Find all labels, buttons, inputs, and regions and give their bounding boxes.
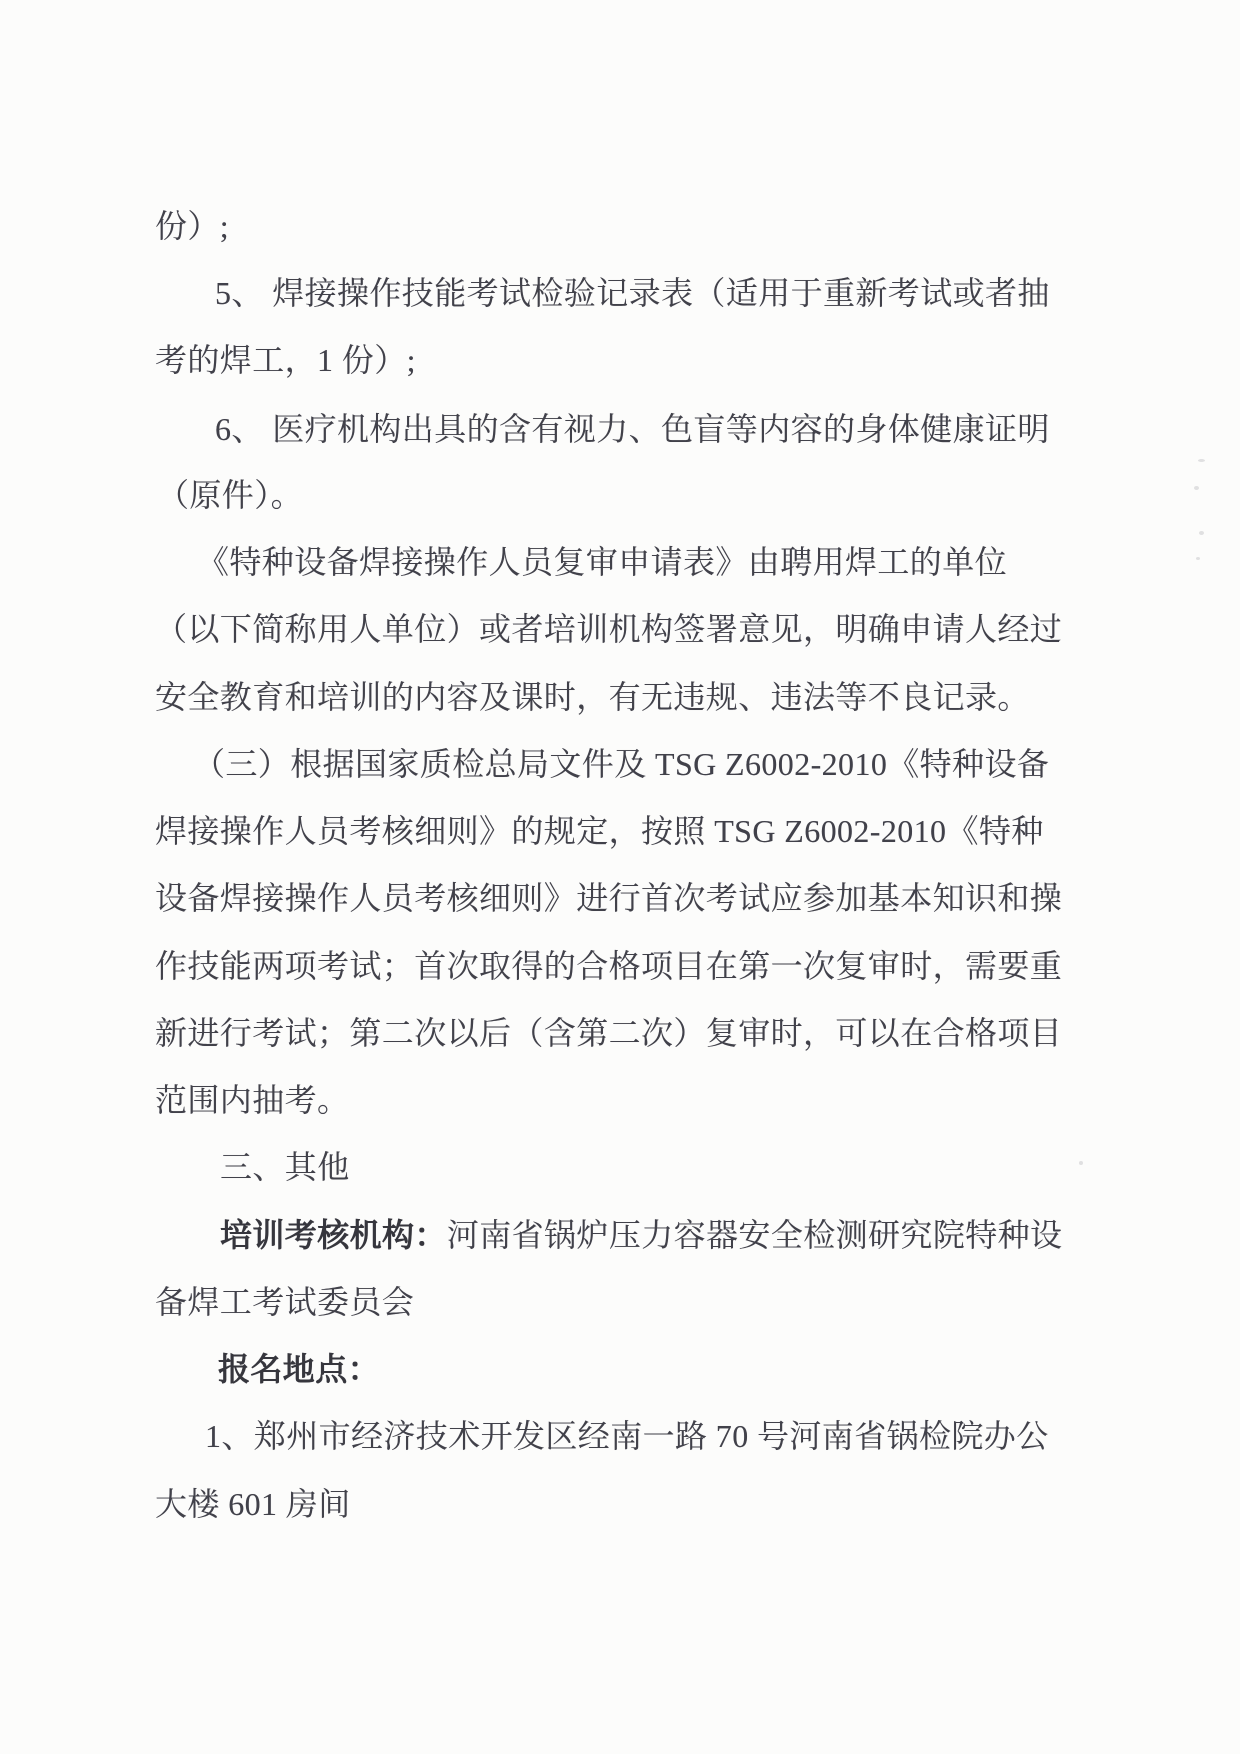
text-line: 备焊工考试委员会 bbox=[155, 1283, 414, 1321]
text-line: 大楼 601 房间 bbox=[155, 1485, 351, 1523]
scan-speck bbox=[1199, 531, 1204, 535]
registration-location-label: 报名地点： bbox=[218, 1351, 380, 1387]
text-line: 设备焊接操作人员考核细则》进行首次考试应参加基本知识和操 bbox=[155, 879, 1062, 917]
document-page: 份）; 5、 焊接操作技能考试检验记录表（适用于重新考试或者抽 考的焊工，1 份… bbox=[0, 0, 1240, 1754]
text-line: （原件）。 bbox=[157, 476, 303, 514]
text-line: （以下简称用人单位）或者培训机构签署意见，明确申请人经过 bbox=[155, 610, 1062, 648]
section-heading: 三、其他 bbox=[220, 1148, 350, 1186]
scan-speck bbox=[1196, 557, 1200, 560]
text-line: 培训考核机构：河南省锅炉压力容器安全检测研究院特种设 bbox=[220, 1216, 1062, 1254]
text-line: 报名地点： bbox=[218, 1350, 380, 1388]
scan-speck bbox=[1198, 459, 1205, 462]
scan-speck bbox=[1194, 486, 1199, 490]
text-line: 范围内抽考。 bbox=[155, 1081, 349, 1119]
text-line: 作技能两项考试；首次取得的合格项目在第一次复审时，需要重 bbox=[155, 947, 1062, 985]
text-line: 1、郑州市经济技术开发区经南一路 70 号河南省锅检院办公 bbox=[205, 1417, 1049, 1455]
text-line: 焊接操作人员考核细则》的规定，按照 TSG Z6002-2010《特种 bbox=[155, 812, 1044, 850]
text-line: （三）根据国家质检总局文件及 TSG Z6002-2010《特种设备 bbox=[193, 745, 1049, 783]
text-line: 6、 医疗机构出具的含有视力、色盲等内容的身体健康证明 bbox=[215, 410, 1050, 448]
text-line: 份）; bbox=[155, 207, 229, 245]
text-line: 安全教育和培训的内容及课时，有无违规、违法等不良记录。 bbox=[155, 678, 1030, 716]
text-line: 考的焊工，1 份）; bbox=[155, 341, 416, 379]
text-line: 5、 焊接操作技能考试检验记录表（适用于重新考试或者抽 bbox=[215, 274, 1050, 312]
text-line: 新进行考试；第二次以后（含第二次）复审时，可以在合格项目 bbox=[155, 1014, 1062, 1052]
scan-speck bbox=[1079, 1161, 1083, 1165]
training-org-label: 培训考核机构： bbox=[220, 1217, 447, 1253]
training-org-value: 河南省锅炉压力容器安全检测研究院特种设 bbox=[447, 1217, 1063, 1253]
text-line: 《特种设备焊接操作人员复审申请表》由聘用焊工的单位 bbox=[197, 543, 1007, 581]
